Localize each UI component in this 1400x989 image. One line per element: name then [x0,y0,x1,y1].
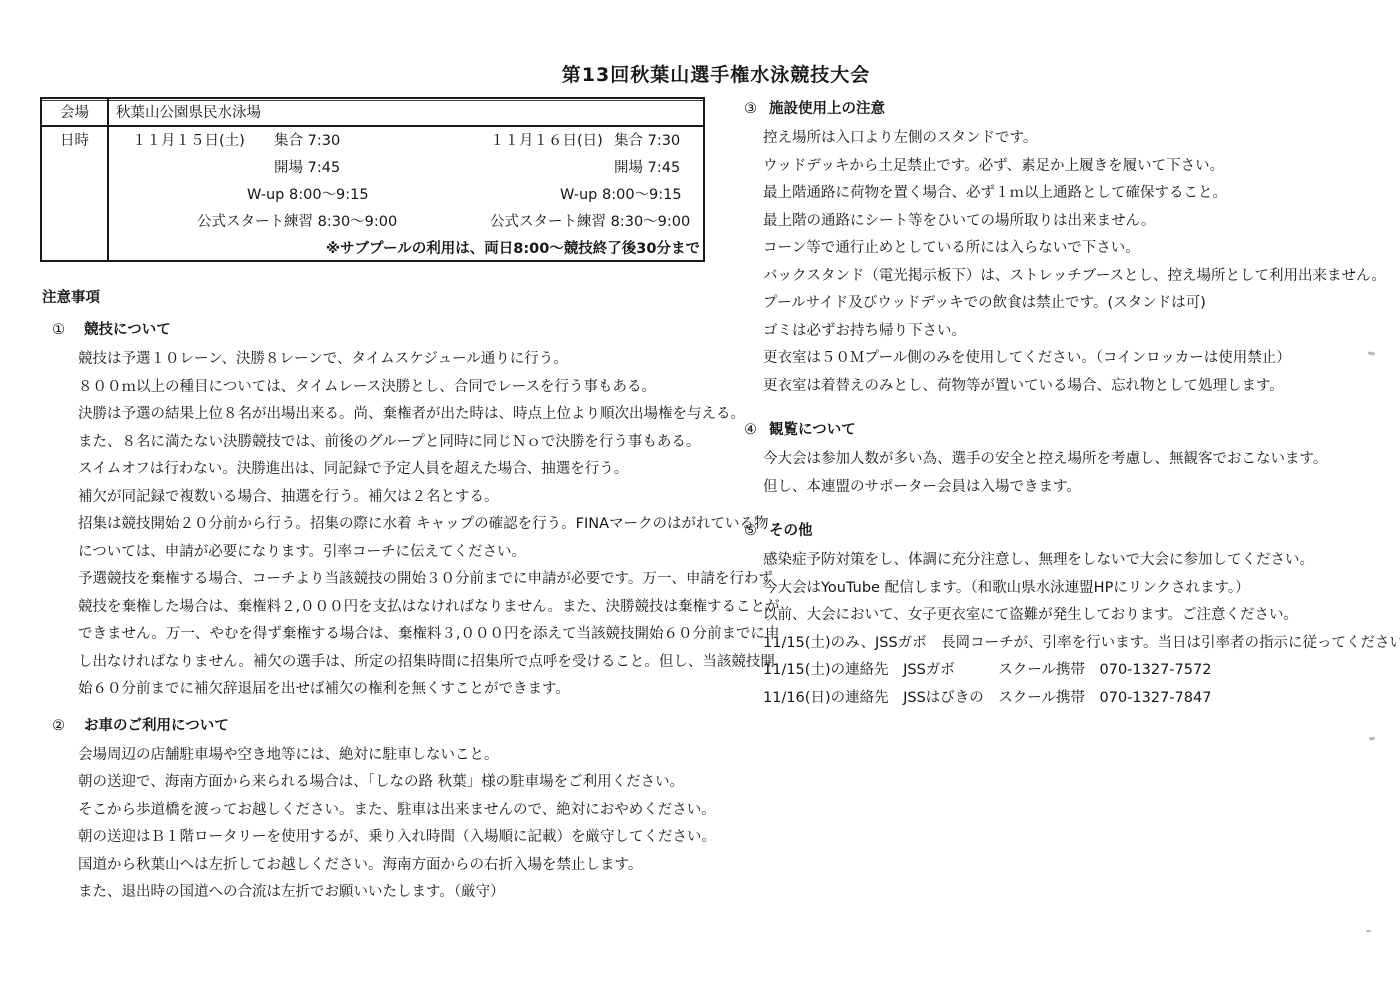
section-spectating: ④観覧について 今大会は参加人数が多い為、選手の安全と控え場所を考慮し、無観客で… [742,422,1392,495]
document-page: 第13回秋葉山選手権水泳競技大会 会場 秋葉山公園県民水泳場 日時 １１月１５日… [0,0,1400,989]
paragraph: 更衣室は着替えのみとし、荷物等が置いている場合、忘れ物として処理します。 [763,379,1392,395]
scan-speckle [1366,930,1371,932]
page-title: 第13回秋葉山選手権水泳競技大会 [0,60,1400,87]
scan-speckle [1369,737,1375,741]
section-number: ④ [744,422,757,438]
datetime-label: 日時 [42,133,107,149]
venue-value: 秋葉山公園県民水泳場 [116,105,261,121]
paragraph: 決勝は予選の結果上位８名が出場出来る。尚、棄権者が出た時は、時点上位より順次出場… [78,407,730,423]
paragraph: また、退出時の国道への合流は左折でお願いいたします。（厳守） [78,885,730,901]
paragraph: 競技を棄権した場合は、棄権料２,０００円を支払はなければなりません。また、決勝競… [78,600,730,616]
day1-start-practice-time: 公式スタート練習 8:30～9:00 [197,214,397,230]
section-car-use: ②お車のご利用について 会場周辺の店舗駐車場や空き地等には、絶対に駐車しないこと… [40,718,730,901]
paragraph: また、８名に満たない決勝競技では、前後のグループと同時に同じＮｏで決勝を行う事も… [78,435,730,451]
paragraph: プールサイド及びウッドデッキでの飲食は禁止です。(スタンドは可) [763,296,1392,312]
day2-open-time: 開場 7:45 [614,160,680,176]
sub-pool-note: ※サブプールの利用は、両日8:00～競技終了後30分まで [326,241,700,257]
section-title: 観覧について [769,422,856,438]
day2-warmup-time: W-up 8:00～9:15 [560,187,682,203]
paragraph: バックスタンド（電光掲示板下）は、ストレッチブースとし、控え場所として利用出来ま… [763,269,1392,285]
paragraph: 最上階の通路にシート等をひいての場所取りは出来ません。 [763,214,1392,230]
paragraph: できません。万一、やむを得ず棄権する場合は、棄権料３,０００円を添えて当該競技開… [78,627,730,643]
section-number: ② [52,718,65,734]
paragraph: ウッドデッキから土足禁止です。必ず、素足か上履きを履いて下さい。 [763,159,1392,175]
table-vertical-divider [107,99,109,260]
section-heading-row: ④観覧について [742,422,1392,438]
section-other: ⑤その他 感染症予防対策をし、体調に充分注意し、無理をしないで大会に参加してくだ… [742,523,1392,706]
paragraph: 朝の送迎で、海南方面から来られる場合は、「しなの路 秋葉」様の駐車場をご利用くだ… [78,775,730,791]
left-column: 注意事項 ①競技について 競技は予選１０レーン、決勝８レーンで、タイムスケジュー… [40,290,730,913]
section-title: お車のご利用について [84,718,229,734]
paragraph: 国道から秋葉山へは左折してお越しください。海南方面からの右折入場を禁止します。 [78,858,730,874]
paragraph: ゴミは必ずお持ち帰り下さい。 [763,324,1392,340]
paragraph: し出なければなりません。補欠の選手は、所定の招集時間に招集所で点呼を受けること。… [78,655,730,671]
section-number: ⑤ [744,523,757,539]
event-info-table: 会場 秋葉山公園県民水泳場 日時 １１月１５日(土) 集合 7:30 開場 7:… [40,97,705,262]
paragraph: スイムオフは行わない。決勝進出は、同記録で予定人員を超えた場合、抽選を行う。 [78,462,730,478]
paragraph: 更衣室は５０Ｍプール側のみを使用してください。（コインロッカーは使用禁止） [763,351,1392,367]
table-row-divider [42,125,703,127]
paragraph: そこから歩道橋を渡ってお越しください。また、駐車は出来ませんので、絶対におやめく… [78,803,730,819]
day1-open-time: 開場 7:45 [274,160,340,176]
paragraph: 最上階通路に荷物を置く場合、必ず１ｍ以上通路として確保すること。 [763,186,1392,202]
paragraph: 以前、大会において、女子更衣室にて盗難が発生しております。ご注意ください。 [763,608,1392,624]
notes-heading: 注意事項 [42,290,730,306]
paragraph: 会場周辺の店舗駐車場や空き地等には、絶対に駐車しないこと。 [78,748,730,764]
paragraph: コーン等で通行止めとしている所には入らないで下さい。 [763,241,1392,257]
section-heading-row: ③施設使用上の注意 [742,101,1392,117]
paragraph: 今大会は参加人数が多い為、選手の安全と控え場所を考慮し、無観客でおこないます。 [763,452,1392,468]
section-number: ③ [744,101,757,117]
paragraph: 競技は予選１０レーン、決勝８レーンで、タイムスケジュール通りに行う。 [78,352,730,368]
paragraph: 招集は競技開始２０分前から行う。招集の際に水着 キャップの確認を行う。FINAマ… [78,517,730,533]
section-title: 競技について [84,322,171,338]
day2-date: １１月１６日(日) [490,133,603,149]
contact-line-day1: 11/15(土)の連絡先 JSSガボ スクール携帯 070-1327-7572 [763,663,1392,679]
venue-label: 会場 [42,105,107,121]
section-title: その他 [769,523,813,539]
right-column: ③施設使用上の注意 控え場所は入口より左側のスタンドです。 ウッドデッキから土足… [742,101,1392,718]
day2-start-practice-time: 公式スタート練習 8:30～9:00 [490,214,690,230]
day1-gather-time: 集合 7:30 [274,133,340,149]
section-heading-row: ①競技について [40,322,730,338]
paragraph: については、申請が必要になります。引率コーチに伝えてください。 [78,545,730,561]
paragraph: 予選競技を棄権する場合、コーチより当該競技の開始３０分前までに申請が必要です。万… [78,572,730,588]
day2-gather-time: 集合 7:30 [614,133,680,149]
paragraph: 控え場所は入口より左側のスタンドです。 [763,131,1392,147]
contact-line-day2: 11/16(日)の連絡先 JSSはびきの スクール携帯 070-1327-784… [763,691,1392,707]
paragraph: ８００ｍ以上の種目については、タイムレース決勝とし、合同でレースを行う事もある。 [78,380,730,396]
section-competition: ①競技について 競技は予選１０レーン、決勝８レーンで、タイムスケジュール通りに行… [40,322,730,698]
section-number: ① [52,322,65,338]
section-heading-row: ⑤その他 [742,523,1392,539]
paragraph: 11/15(土)のみ、JSSガボ 長岡コーチが、引率を行います。当日は引率者の指… [763,636,1392,652]
paragraph: 朝の送迎はＢ１階ロータリーを使用するが、乗り入れ時間（入場順に記載）を厳守してく… [78,830,730,846]
paragraph: 但し、本連盟のサポーター会員は入場できます。 [763,480,1392,496]
paragraph: 補欠が同記録で複数いる場合、抽選を行う。補欠は２名とする。 [78,490,730,506]
section-facility-rules: ③施設使用上の注意 控え場所は入口より左側のスタンドです。 ウッドデッキから土足… [742,101,1392,394]
section-title: 施設使用上の注意 [769,101,885,117]
paragraph: 始６０分前までに補欠辞退届を出せば補欠の権利を無くすことができます。 [78,682,730,698]
day1-warmup-time: W-up 8:00～9:15 [247,187,369,203]
paragraph: 感染症予防対策をし、体調に充分注意し、無理をしないで大会に参加してください。 [763,553,1392,569]
section-heading-row: ②お車のご利用について [40,718,730,734]
paragraph: 今大会はYouTube 配信します。（和歌山県水泳連盟HPにリンクされます。） [763,581,1392,597]
day1-date: １１月１５日(土) [132,133,245,149]
